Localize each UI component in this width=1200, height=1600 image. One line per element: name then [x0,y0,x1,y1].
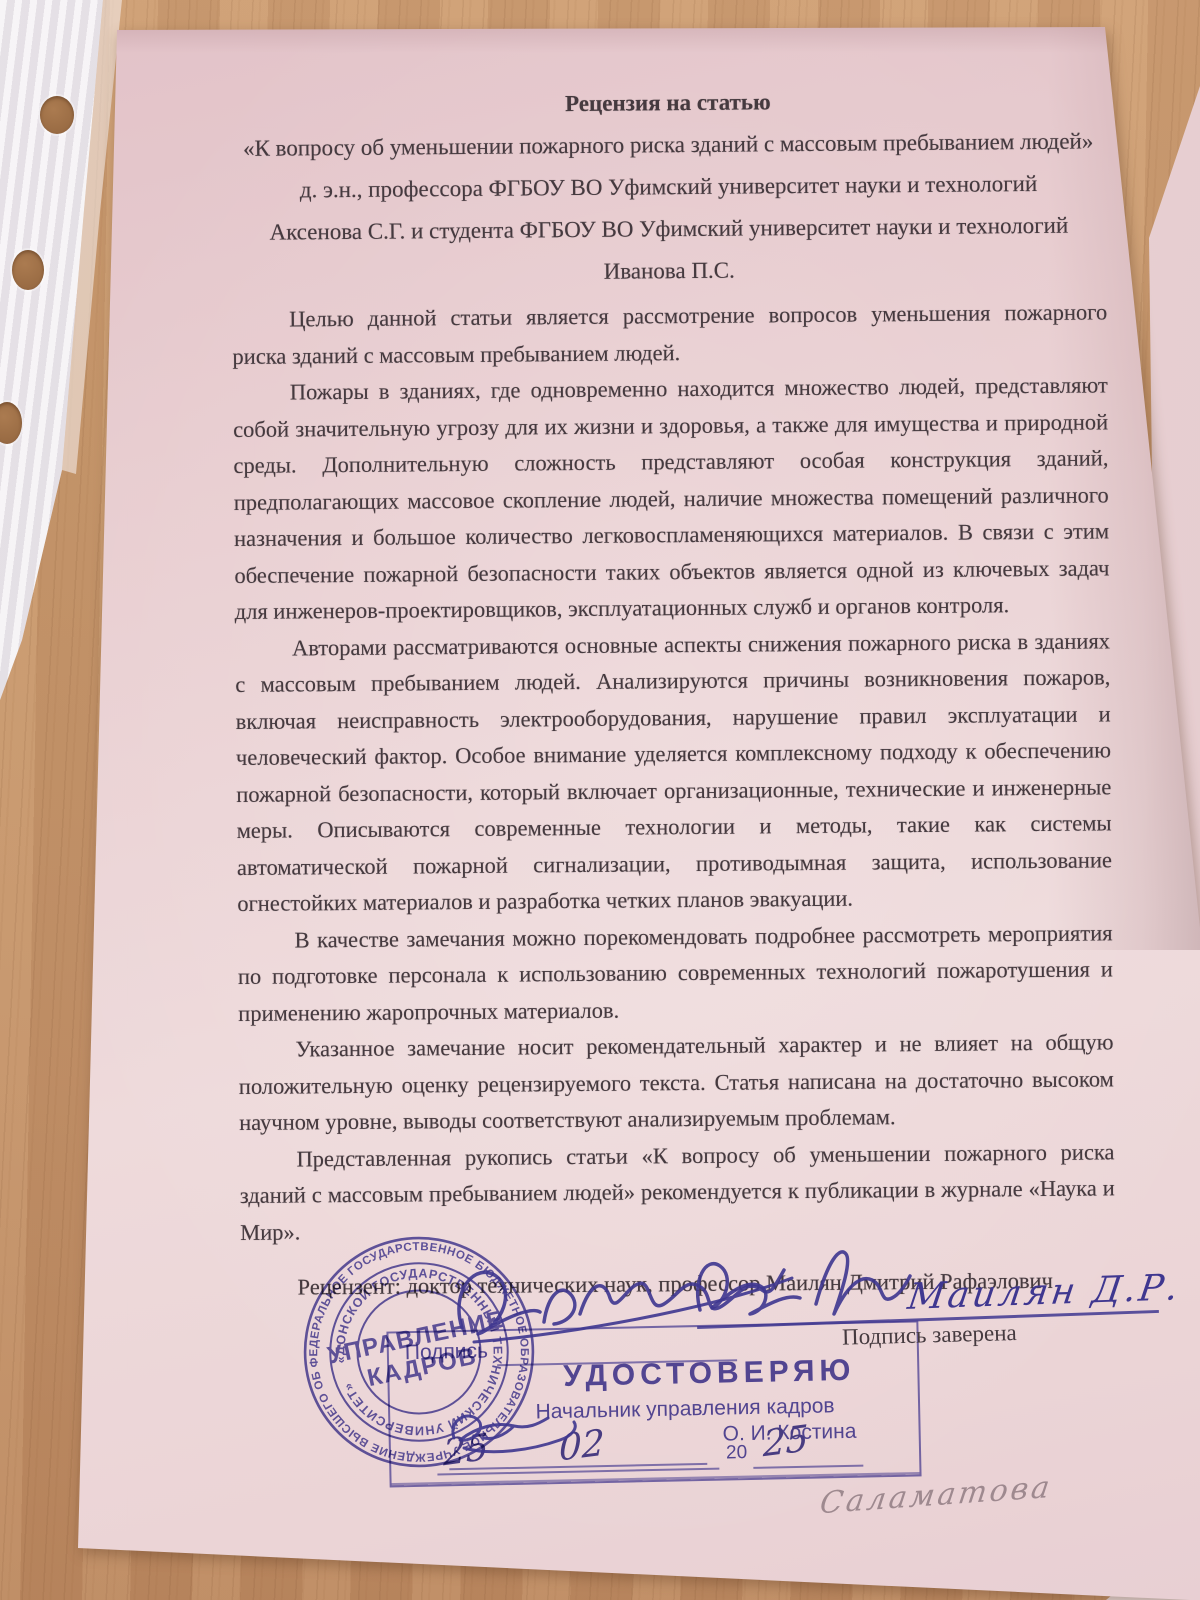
paragraph: Пожары в зданиях, где одновременно наход… [233,367,1110,630]
document-header: Рецензия на статью «К вопросу об уменьше… [230,78,1107,296]
handwritten-year: 25 [763,1418,809,1465]
paragraph: В качестве замечания можно порекомендова… [237,915,1113,1032]
stamp-year-line [753,1465,863,1469]
signature-certified-caption: Подпись заверена [842,1319,1043,1350]
document-body: Целью данной статьи является рассмотрени… [232,294,1115,1251]
author-line-3: Иванова П.С. [232,246,1107,296]
paragraph: Авторами рассматриваются основные аспект… [235,623,1113,923]
photo-of-review-document: Рецензия на статью «К вопросу об уменьше… [0,0,1200,1600]
review-document-paper: Рецензия на статью «К вопросу об уменьше… [0,0,1200,1600]
paragraph: Целью данной статьи является рассмотрени… [232,294,1108,375]
author-line-2: Аксенова С.Г. и студента ФГБОУ ВО Уфимск… [231,204,1106,254]
stamp-certify-word: УДОСТОВЕРЯЮ [509,1353,910,1395]
paragraph: Указанное замечание носит рекомендательн… [238,1024,1114,1141]
typed-content: Рецензия на статью «К вопросу об уменьше… [229,0,1115,1301]
officer-signature [440,1408,620,1468]
stamp-year-prefix: 20 [726,1442,748,1464]
paper-shadow: Рецензия на статью «К вопросу об уменьше… [0,0,1200,1600]
